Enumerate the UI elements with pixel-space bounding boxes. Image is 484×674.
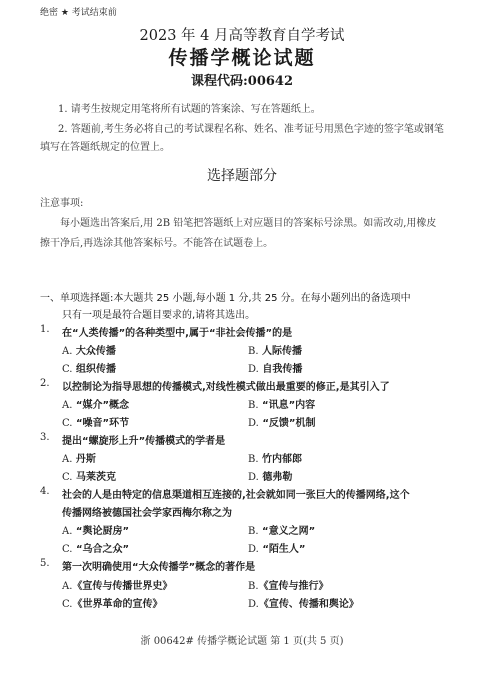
option-a: A.《宣传与传播世界史》 bbox=[62, 577, 172, 592]
option-letter: A. bbox=[62, 581, 72, 592]
notes-label: 注意事项: bbox=[40, 194, 83, 209]
instruction-2: 2. 答题前,考生务必将自己的考试课程名称、姓名、准考证号用黑色字迹的签字笔或钢… bbox=[58, 120, 444, 135]
option-c: C.《世界革命的宣传》 bbox=[62, 595, 162, 610]
section-heading-line-1: 一、单项选择题:本大题共 25 小题,每小题 1 分,共 25 分。在每小题列出… bbox=[40, 289, 411, 304]
option-letter: D. bbox=[248, 472, 259, 483]
question-number: 2. bbox=[40, 378, 50, 389]
option-letter: A. bbox=[62, 526, 72, 537]
option-text: “媒介”概念 bbox=[76, 400, 129, 411]
option-b: B. 竹内郁郎 bbox=[248, 450, 302, 465]
option-text: 组织传播 bbox=[76, 364, 116, 375]
question-stem-line-2: 传播网络被德国社会学家西梅尔称之为 bbox=[62, 504, 232, 519]
question-number: 1. bbox=[40, 324, 50, 335]
option-text: 大众传播 bbox=[76, 346, 116, 357]
option-b: B. 人际传播 bbox=[248, 342, 302, 357]
question-stem: 以控制论为指导思想的传播模式,对线性模式做出最重要的修正,是其引入了 bbox=[62, 378, 390, 393]
instruction-1: 1. 请考生按规定用笔将所有试题的答案涂、写在答题纸上。 bbox=[58, 100, 321, 115]
page-footer: 浙 00642# 传播学概论试题 第 1 页(共 5 页) bbox=[0, 632, 484, 647]
option-b: B.《宣传与推行》 bbox=[248, 577, 329, 592]
option-letter: B. bbox=[248, 581, 259, 592]
option-text: 《宣传与传播世界史》 bbox=[72, 581, 172, 592]
option-letter: D. bbox=[248, 599, 259, 610]
option-text: “讯息”内容 bbox=[262, 400, 315, 411]
option-text: “舆论厨房” bbox=[76, 526, 129, 537]
option-letter: A. bbox=[62, 346, 72, 357]
course-code: 课程代码:00642 bbox=[0, 70, 484, 89]
question-number: 4. bbox=[40, 486, 50, 497]
question-stem-line-1: 社会的人是由特定的信息渠道相互连接的,社会就如同一张巨大的传播网络,这个 bbox=[62, 486, 410, 501]
option-letter: D. bbox=[248, 418, 259, 429]
option-d: D.《宣传、传播和舆论》 bbox=[248, 595, 359, 610]
option-c: C. 马莱茨克 bbox=[62, 468, 116, 483]
option-text: 丹斯 bbox=[76, 454, 96, 465]
option-text: “陌生人” bbox=[262, 544, 305, 555]
option-d: D. “陌生人” bbox=[248, 540, 305, 555]
option-letter: C. bbox=[62, 599, 72, 610]
part-title: 选择题部分 bbox=[0, 165, 484, 185]
question-number: 5. bbox=[40, 558, 50, 569]
option-text: 《宣传、传播和舆论》 bbox=[259, 599, 359, 610]
option-text: 竹内郁郎 bbox=[262, 454, 302, 465]
option-letter: C. bbox=[62, 418, 72, 429]
option-b: B. “意义之网” bbox=[248, 522, 315, 537]
option-letter: D. bbox=[248, 544, 259, 555]
option-text: “意义之网” bbox=[262, 526, 315, 537]
option-text: “乌合之众” bbox=[76, 544, 129, 555]
option-letter: A. bbox=[62, 454, 72, 465]
option-c: C. 组织传播 bbox=[62, 360, 116, 375]
question-stem: 第一次明确使用“大众传播学”概念的著作是 bbox=[62, 558, 255, 573]
instruction-2-cont: 填写在答题纸规定的位置上。 bbox=[40, 138, 170, 153]
option-text: 马莱茨克 bbox=[76, 472, 116, 483]
option-a: A. “舆论厨房” bbox=[62, 522, 129, 537]
exam-title: 2023 年 4 月高等教育自学考试 bbox=[0, 24, 484, 45]
option-text: 德弗勒 bbox=[262, 472, 292, 483]
option-letter: B. bbox=[248, 454, 259, 465]
confidential-label: 绝密 ★ 考试结束前 bbox=[40, 5, 117, 18]
option-a: A. “媒介”概念 bbox=[62, 396, 129, 411]
option-c: C. “乌合之众” bbox=[62, 540, 129, 555]
question-stem: 在“人类传播”的各种类型中,属于“非社会传播”的是 bbox=[62, 324, 292, 339]
question-number: 3. bbox=[40, 432, 50, 443]
option-d: D. 自我传播 bbox=[248, 360, 302, 375]
option-b: B. “讯息”内容 bbox=[248, 396, 315, 411]
option-letter: C. bbox=[62, 544, 72, 555]
option-text: 《世界革命的宣传》 bbox=[72, 599, 162, 610]
option-letter: C. bbox=[62, 364, 72, 375]
option-d: D. 德弗勒 bbox=[248, 468, 292, 483]
question-stem: 提出“螺旋形上升”传播模式的学者是 bbox=[62, 432, 225, 447]
option-a: A. 丹斯 bbox=[62, 450, 96, 465]
notes-line-1: 每小题选出答案后,用 2B 铅笔把答题纸上对应题目的答案标号涂黑。如需改动,用橡… bbox=[60, 214, 436, 229]
option-text: 《宣传与推行》 bbox=[259, 581, 329, 592]
option-text: 人际传播 bbox=[262, 346, 302, 357]
option-letter: D. bbox=[248, 364, 259, 375]
option-letter: B. bbox=[248, 400, 259, 411]
option-c: C. “噪音”环节 bbox=[62, 414, 129, 429]
option-letter: B. bbox=[248, 346, 259, 357]
section-heading-line-2: 只有一项是最符合题目要求的,请将其选出。 bbox=[62, 306, 255, 321]
subject-title: 传播学概论试题 bbox=[0, 43, 484, 70]
option-letter: C. bbox=[62, 472, 72, 483]
option-letter: B. bbox=[248, 526, 259, 537]
option-text: “反馈”机制 bbox=[262, 418, 315, 429]
option-d: D. “反馈”机制 bbox=[248, 414, 315, 429]
option-text: “噪音”环节 bbox=[76, 418, 129, 429]
option-letter: A. bbox=[62, 400, 72, 411]
option-text: 自我传播 bbox=[262, 364, 302, 375]
option-a: A. 大众传播 bbox=[62, 342, 116, 357]
notes-line-2: 擦干净后,再选涂其他答案标号。不能答在试题卷上。 bbox=[40, 234, 273, 249]
